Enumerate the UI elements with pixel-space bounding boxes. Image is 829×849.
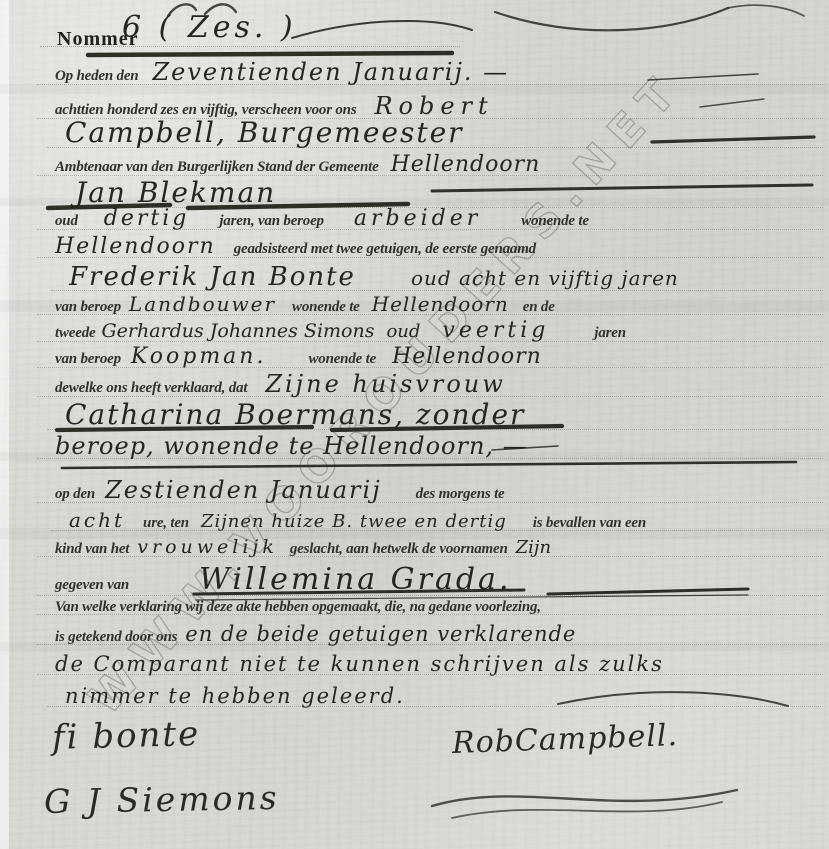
document-line: Hellendoorngeadsisteerd met twee getuige… bbox=[55, 234, 815, 259]
text-segment-hand: de Comparant niet te kunnen schrijven al… bbox=[55, 652, 664, 676]
document-line: tweedeGerhardus Johannes Simonsoudveerti… bbox=[55, 318, 815, 343]
record-number: 6 ( Zes. ) bbox=[122, 10, 297, 45]
text-segment-printed: wonende te bbox=[308, 351, 376, 367]
certificate-scan: www.voorouders.net Nommer 6 ( Zes. ) Op … bbox=[0, 0, 829, 849]
text-segment-printed: geslacht, aan hetwelk de voornamen bbox=[290, 541, 508, 557]
text-segment-hand: nimmer te hebben geleerd. bbox=[65, 684, 405, 708]
document-line: is getekend door onsen de beide getuigen… bbox=[55, 622, 815, 646]
dotted-guide-line bbox=[40, 46, 460, 47]
text-segment-printed: jaren, van beroep bbox=[219, 213, 324, 229]
signature-witness-siemons: G J Siemons bbox=[44, 778, 280, 821]
text-segment-hand: Koopman. bbox=[131, 344, 267, 369]
text-segment-hand: Hellendoorn bbox=[391, 152, 541, 177]
document-line: ouddertigjaren, van beroeparbeiderwonend… bbox=[55, 206, 815, 231]
text-segment-printed: dewelke ons heeft verklaard, dat bbox=[55, 380, 247, 396]
document-line: de Comparant niet te kunnen schrijven al… bbox=[55, 652, 815, 676]
text-segment-hand: oud acht en vijftig jaren bbox=[411, 266, 679, 290]
text-segment-printed: des morgens te bbox=[416, 486, 505, 502]
text-segment-hand: Gerhardus Johannes Simons bbox=[101, 320, 374, 342]
document-line: op denZestienden Januarijdes morgens te bbox=[55, 476, 815, 504]
text-segment-printed: wonende te bbox=[521, 213, 589, 229]
text-segment-printed: jaren bbox=[594, 325, 626, 341]
text-segment-printed: en de bbox=[523, 299, 555, 315]
text-segment-hand: Zijnen huize B. twee en dertig bbox=[201, 511, 507, 532]
scan-edge-highlight bbox=[0, 0, 9, 849]
document-line: achture, tenZijnen huize B. twee en dert… bbox=[69, 508, 815, 532]
document-line: kind van hetvrouwelijkgeslacht, aan hetw… bbox=[55, 536, 815, 558]
document-line: Op heden denZeventienden Januarij. — bbox=[55, 58, 815, 86]
text-segment-hand: dertig bbox=[104, 206, 190, 231]
text-segment-hand: Jan Blekman bbox=[75, 176, 276, 209]
text-segment-hand: Willemina Grada. bbox=[199, 562, 511, 597]
text-segment-printed: ure, ten bbox=[143, 515, 189, 531]
text-segment-printed: geadsisteerd met twee getuigen, de eerst… bbox=[234, 241, 536, 257]
document-line: van beroepLandbouwerwonende teHellendoor… bbox=[55, 292, 815, 316]
text-segment-printed: Van welke verklaring wij deze akte hebbe… bbox=[55, 599, 541, 615]
text-segment-hand: Zeventienden Januarij. — bbox=[152, 58, 509, 86]
document-line: Frederik Jan Bonteoud acht en vijftig ja… bbox=[69, 262, 815, 292]
text-segment-hand: beroep, wonende te Hellendoorn, — bbox=[55, 432, 528, 460]
text-segment-printed: van beroep bbox=[55, 351, 121, 367]
document-line: dewelke ons heeft verklaard, datZijne hu… bbox=[55, 370, 815, 398]
text-segment-hand: Hellendoorn bbox=[372, 292, 509, 316]
text-segment-printed: is getekend door ons bbox=[55, 629, 177, 645]
document-line: Ambtenaar van den Burgerlijken Stand der… bbox=[55, 152, 815, 177]
text-segment-printed: is bevallen van een bbox=[533, 515, 646, 531]
text-segment-hand: oud bbox=[386, 321, 420, 342]
text-segment-printed: gegeven van bbox=[55, 577, 129, 593]
text-segment-hand: Hellendoorn bbox=[55, 234, 216, 259]
text-segment-printed: Ambtenaar van den Burgerlijken Stand der… bbox=[55, 159, 379, 175]
document-line: van beroepKoopman.wonende teHellendoorn bbox=[55, 344, 815, 369]
text-segment-printed: kind van het bbox=[55, 541, 129, 557]
text-segment-hand: Campbell, Burgemeester bbox=[65, 116, 464, 149]
text-segment-printed: tweede bbox=[55, 325, 95, 341]
text-segment-hand: veertig bbox=[442, 318, 549, 343]
document-line: Campbell, Burgemeester bbox=[65, 116, 815, 149]
text-segment-hand: vrouwelijk bbox=[137, 536, 278, 558]
signature-witness-bonte: fi bonte bbox=[52, 714, 201, 758]
text-segment-hand: Zijne huisvrouw bbox=[265, 370, 505, 398]
document-line: gegeven vanWillemina Grada. bbox=[55, 562, 815, 597]
text-segment-hand: Zestienden Januarij bbox=[105, 476, 382, 504]
signature-officer-campbell: RobCampbell. bbox=[451, 718, 678, 761]
text-segment-hand: Catharina Boermans, zonder bbox=[65, 398, 525, 431]
text-segment-printed: van beroep bbox=[55, 299, 121, 315]
text-segment-hand: arbeider bbox=[354, 206, 481, 231]
text-segment-printed: Op heden den bbox=[55, 68, 138, 84]
document-line: nimmer te hebben geleerd. bbox=[65, 684, 815, 708]
text-segment-hand: Landbouwer bbox=[129, 292, 276, 316]
document-line: beroep, wonende te Hellendoorn, — bbox=[55, 432, 815, 460]
text-segment-hand: Frederik Jan Bonte bbox=[69, 262, 356, 292]
text-segment-hand: en de beide getuigen verklarende bbox=[185, 622, 576, 646]
text-segment-printed: wonende te bbox=[292, 299, 360, 315]
text-segment-printed: oud bbox=[55, 213, 78, 229]
document-line: Catharina Boermans, zonder bbox=[65, 398, 815, 431]
text-segment-hand: Zijn bbox=[516, 537, 551, 558]
document-line: Van welke verklaring wij deze akte hebbe… bbox=[55, 598, 815, 616]
document-line: Jan Blekman bbox=[75, 176, 815, 209]
text-segment-hand: Hellendoorn bbox=[392, 344, 542, 369]
text-segment-hand: acht bbox=[69, 508, 125, 532]
text-segment-printed: op den bbox=[55, 486, 95, 502]
